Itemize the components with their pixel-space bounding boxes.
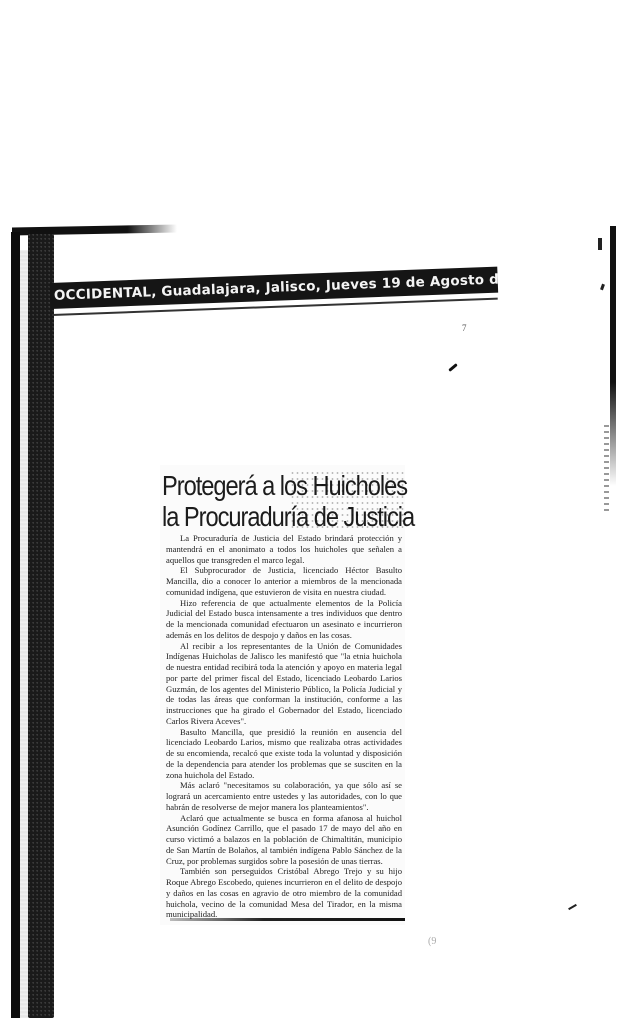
headline-line-2: la Procuraduría de Justicia: [162, 501, 370, 532]
article-paragraph: El Subprocurador de Justicia, licenciado…: [166, 565, 402, 597]
scan-right-dotted-text: [604, 425, 609, 515]
article-paragraph: Más aclaró "necesitamos su colaboración,…: [166, 780, 402, 812]
newspaper-date-banner: OCCIDENTAL, Guadalajara, Jalisco, Jueves…: [50, 267, 499, 309]
headline-line-1: Protegerá a los Huicholes: [162, 470, 370, 501]
scan-left-edge-thick: [28, 234, 54, 1018]
article-body: La Procuraduría de Justicia del Estado b…: [166, 533, 402, 920]
stray-mark-bottom: (9: [428, 936, 436, 947]
article-paragraph: Hizo referencia de que actualmente eleme…: [166, 598, 402, 641]
article-headline: Protegerá a los Huicholes la Procuradurí…: [162, 470, 370, 532]
article-paragraph: También son perseguidos Cristóbal Abrego…: [166, 866, 402, 920]
article-paragraph: Aclaró que actualmente se busca en forma…: [166, 813, 402, 867]
article-paragraph: La Procuraduría de Justicia del Estado b…: [166, 533, 402, 565]
scan-right-mark: [598, 238, 602, 250]
stray-mark-top: 7: [462, 323, 467, 333]
pen-mark-bottom: [568, 904, 577, 910]
scan-right-tick: [600, 284, 605, 291]
article-paragraph: Al recibir a los representantes de la Un…: [166, 641, 402, 727]
scan-left-edge-thin: [11, 232, 20, 1018]
pen-mark: [448, 363, 458, 372]
scanned-page: OCCIDENTAL, Guadalajara, Jalisco, Jueves…: [0, 0, 625, 1024]
scan-right-edge: [610, 226, 616, 486]
article-paragraph: Basulto Mancilla, que presidió la reunió…: [166, 727, 402, 781]
article-bottom-rule: [170, 918, 405, 921]
